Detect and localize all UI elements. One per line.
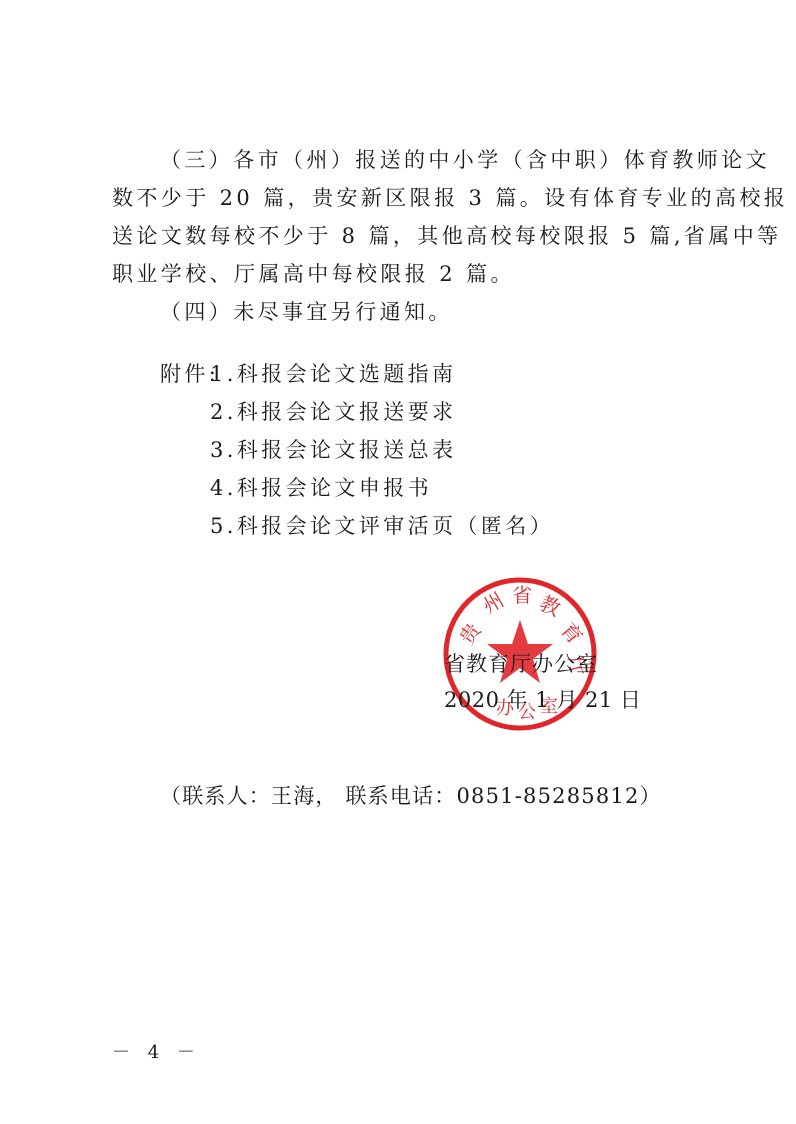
page-number: － 4 － [112, 1038, 201, 1064]
svg-text:育: 育 [556, 618, 587, 649]
svg-text:教: 教 [536, 591, 564, 621]
paragraph-3-line-4: 职业学校、厅属高中每校限报 2 篇。 [112, 260, 515, 288]
issue-date: 2020 年 1 月 21 日 [444, 686, 641, 714]
attachment-item-4: 4.科报会论文申报书 [210, 474, 432, 502]
attachment-item-3: 3.科报会论文报送总表 [210, 436, 456, 464]
paragraph-3-line-1: （三）各市（州）报送的中小学（含中职）体育教师论文 [160, 146, 770, 174]
issuer-name: 省教育厅办公室 [444, 650, 598, 678]
attachment-item-1: 1.科报会论文选题指南 [210, 360, 456, 388]
paragraph-4: （四）未尽事宜另行通知。 [160, 298, 453, 326]
svg-text:贵: 贵 [454, 617, 486, 649]
attachment-item-2: 2.科报会论文报送要求 [210, 398, 456, 426]
paragraph-3-line-2: 数不少于 20 篇，贵安新区限报 3 篇。设有体育专业的高校报 [112, 184, 788, 212]
svg-text:省: 省 [512, 583, 532, 607]
attachment-item-5: 5.科报会论文评审活页（匿名） [210, 512, 554, 540]
paragraph-3-line-3: 送论文数每校不少于 8 篇，其他高校每校限报 5 篇,省属中等 [112, 222, 782, 250]
contact-info: （联系人：王海， 联系电话：0851-85285812） [160, 782, 662, 810]
